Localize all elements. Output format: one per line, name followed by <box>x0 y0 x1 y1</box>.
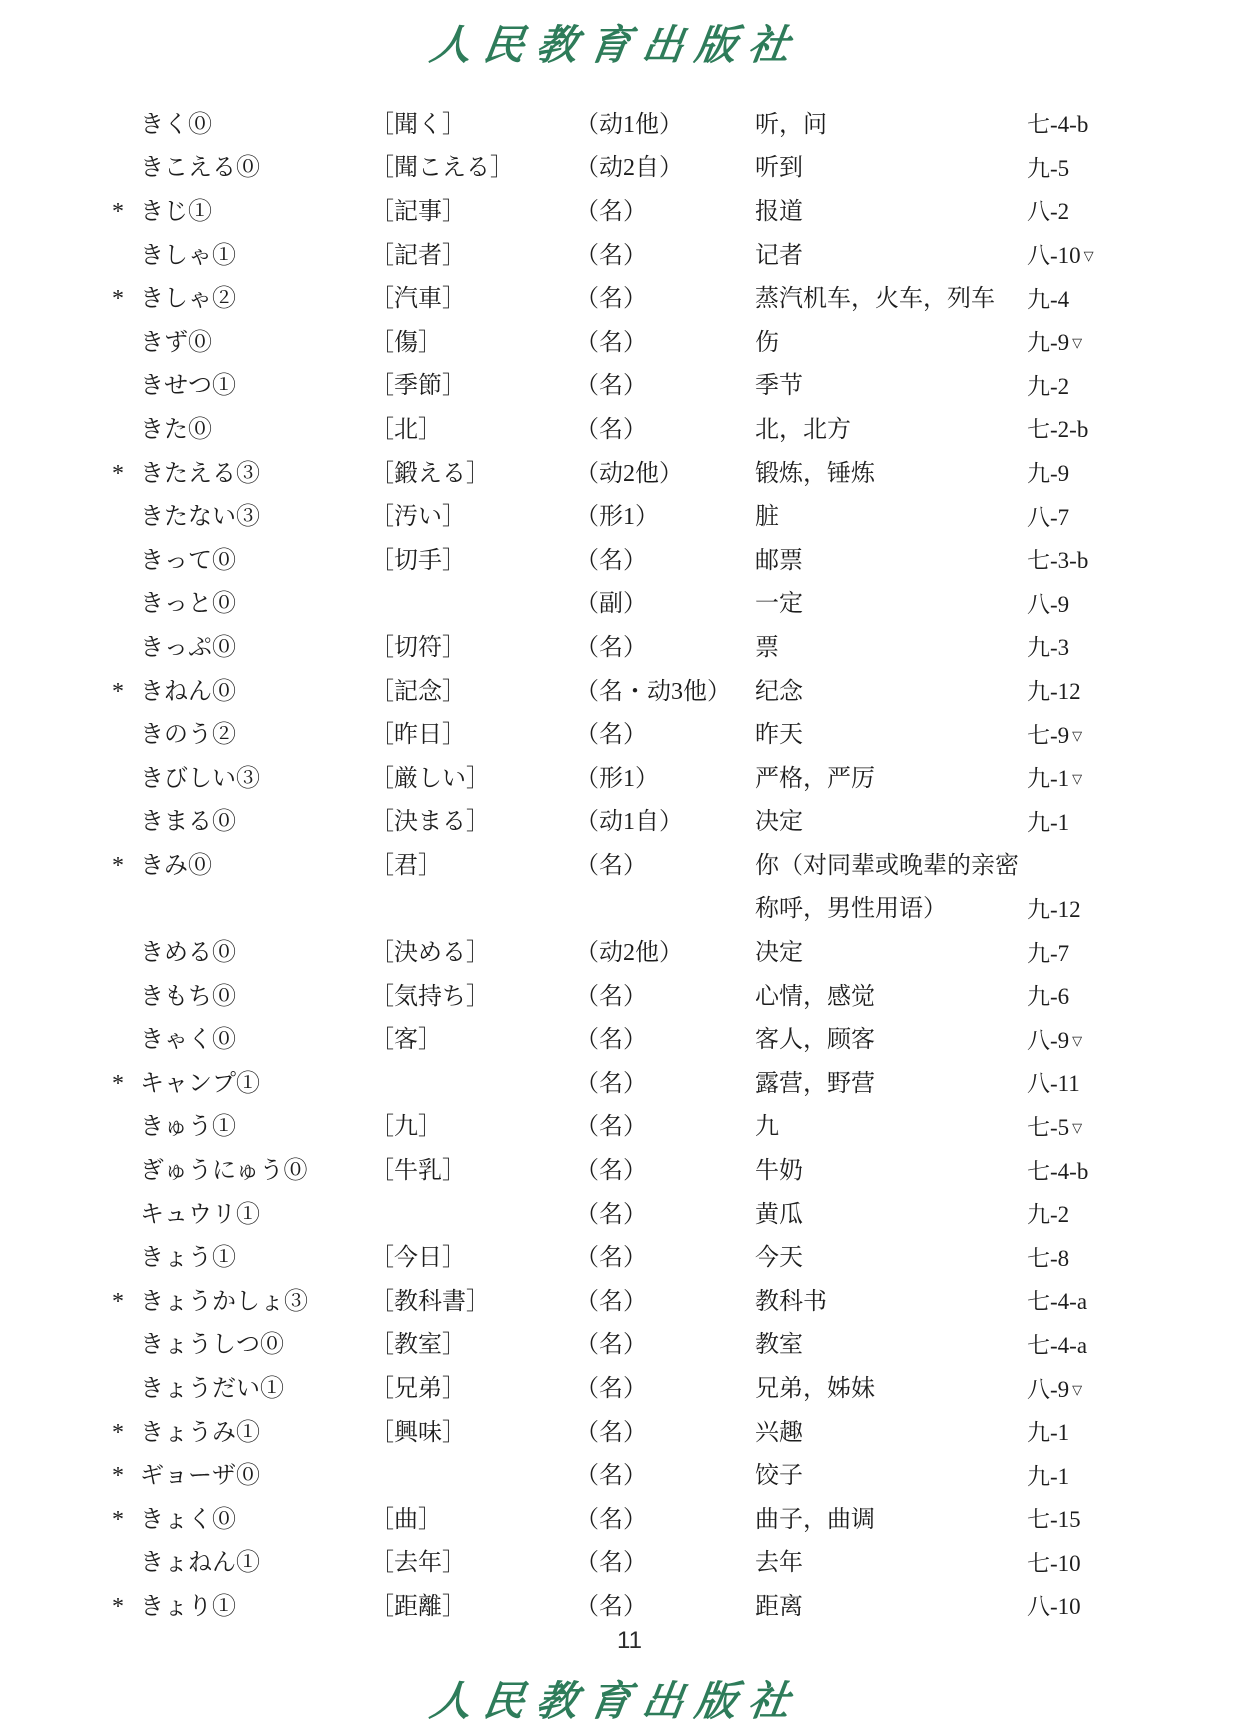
vocab-row: きょうだい① ［兄弟］ （名） 兄弟，姊妹 八-9▽ <box>112 1367 1147 1411</box>
kanji-notation: ［気持ち］ <box>370 985 575 1009</box>
kanji-notation: ［教室］ <box>370 1333 575 1357</box>
kana-word: きょうみ① <box>140 1421 370 1445</box>
vocab-row: * きじ① ［記事］ （名） 报道 八-2 <box>112 190 1147 234</box>
chinese-meaning: 锻炼，锤炼 <box>755 462 1027 486</box>
chinese-meaning: 教科书 <box>755 1290 1027 1314</box>
vocab-row: きたない③ ［汚い］ （形1） 脏 八-7 <box>112 495 1147 539</box>
part-of-speech: （名） <box>575 200 755 224</box>
vocab-row: きめる⓪ ［決める］ （动2他） 决定 九-7 <box>112 931 1147 975</box>
vocab-row: きびしい③ ［厳しい］ （形1） 严格，严厉 九-1▽ <box>112 757 1147 801</box>
vocab-row: きた⓪ ［北］ （名） 北，北方 七-2-b <box>112 408 1147 452</box>
vocab-row: * きみ⓪ ［君］ （名） 你（对同辈或晚辈的亲密 <box>112 844 1147 888</box>
kanji-notation: ［切手］ <box>370 549 575 573</box>
chinese-meaning: 蒸汽机车，火车，列车 <box>755 287 1027 311</box>
lesson-reference-text: 七-5 <box>1027 1115 1069 1140</box>
vocab-row: きゃく⓪ ［客］ （名） 客人，顾客 八-9▽ <box>112 1018 1147 1062</box>
chinese-meaning: 决定 <box>755 810 1027 834</box>
star-marker: * <box>112 1290 140 1314</box>
chinese-meaning: 决定 <box>755 941 1027 965</box>
kana-word: きしゃ① <box>140 244 370 268</box>
part-of-speech: （动2自） <box>575 156 755 180</box>
vocab-row: * きねん⓪ ［記念］ （名・动3他） 纪念 九-12 <box>112 670 1147 714</box>
lesson-reference: 九-12 <box>1027 898 1147 921</box>
part-of-speech: （形1） <box>575 505 755 529</box>
part-of-speech: （名） <box>575 1159 755 1183</box>
kanji-notation: ［今日］ <box>370 1246 575 1270</box>
vocab-row: * きょり① ［距離］ （名） 距离 八-10 <box>112 1585 1147 1629</box>
kana-word: きのう② <box>140 723 370 747</box>
kanji-notation: ［昨日］ <box>370 723 575 747</box>
chinese-meaning: 九 <box>755 1115 1027 1139</box>
part-of-speech: （形1） <box>575 767 755 791</box>
star-marker: * <box>112 200 140 224</box>
part-of-speech: （名） <box>575 1508 755 1532</box>
kana-word: ぎゅうにゅう⓪ <box>140 1159 370 1183</box>
part-of-speech: （名） <box>575 1115 755 1139</box>
lesson-reference: 九-9 <box>1027 462 1147 485</box>
vocab-row: きのう② ［昨日］ （名） 昨天 七-9▽ <box>112 713 1147 757</box>
kanji-notation: ［傷］ <box>370 331 575 355</box>
lesson-reference: 九-2 <box>1027 1203 1147 1226</box>
chinese-meaning: 记者 <box>755 244 1027 268</box>
vocab-row: * ギョーザ⓪ （名） 饺子 九-1 <box>112 1454 1147 1498</box>
chinese-meaning: 严格，严厉 <box>755 767 1027 791</box>
chinese-meaning: 牛奶 <box>755 1159 1027 1183</box>
kanji-notation: ［記者］ <box>370 244 575 268</box>
vocab-row: きまる⓪ ［決まる］ （动1自） 决定 九-1 <box>112 801 1147 845</box>
page-number: 11 <box>112 1627 1147 1655</box>
chinese-meaning: 一定 <box>755 592 1027 616</box>
vocab-row: きく⓪ ［聞く］ （动1他） 听，问 七-4-b <box>112 103 1147 147</box>
part-of-speech: （名） <box>575 331 755 355</box>
lesson-reference: 九-1 <box>1027 1465 1147 1488</box>
kanji-notation: ［去年］ <box>370 1551 575 1575</box>
lesson-reference: 八-10 <box>1027 1595 1147 1618</box>
lesson-reference: 九-1 <box>1027 811 1147 834</box>
kana-word: きこえる⓪ <box>140 156 370 180</box>
chinese-meaning: 今天 <box>755 1246 1027 1270</box>
kanji-notation: ［汽車］ <box>370 287 575 311</box>
kana-word: キャンプ① <box>140 1072 370 1096</box>
chinese-meaning: 季节 <box>755 374 1027 398</box>
lesson-reference: 七-3-b <box>1027 549 1147 572</box>
vocab-row: 称呼，男性用语） 九-12 <box>112 888 1147 932</box>
lesson-reference-text: 七-9 <box>1027 723 1069 748</box>
kanji-notation: ［聞こえる］ <box>370 156 575 180</box>
chinese-meaning: 露营，野营 <box>755 1072 1027 1096</box>
lesson-reference: 九-1 <box>1027 1421 1147 1444</box>
vocab-row: きず⓪ ［傷］ （名） 伤 九-9▽ <box>112 321 1147 365</box>
kana-word: キュウリ① <box>140 1203 370 1227</box>
part-of-speech: （名） <box>575 636 755 660</box>
vocab-row: きょねん① ［去年］ （名） 去年 七-10 <box>112 1542 1147 1586</box>
kanji-notation: ［牛乳］ <box>370 1159 575 1183</box>
lesson-reference: 九-5 <box>1027 157 1147 180</box>
vocab-row: きっと⓪ （副） 一定 八-9 <box>112 583 1147 627</box>
kanji-notation: ［鍛える］ <box>370 462 575 486</box>
lesson-reference: 九-2 <box>1027 375 1147 398</box>
vocab-row: きもち⓪ ［気持ち］ （名） 心情，感觉 九-6 <box>112 975 1147 1019</box>
vocab-row: きょうしつ⓪ ［教室］ （名） 教室 七-4-a <box>112 1324 1147 1368</box>
kana-word: きじ① <box>140 200 370 224</box>
kanji-notation: ［記事］ <box>370 200 575 224</box>
chinese-meaning: 脏 <box>755 505 1027 529</box>
part-of-speech: （名） <box>575 1290 755 1314</box>
part-of-speech: （动2他） <box>575 941 755 965</box>
part-of-speech: （名） <box>575 1595 755 1619</box>
triangle-marker: ▽ <box>1084 248 1094 263</box>
kanji-notation: ［九］ <box>370 1115 575 1139</box>
part-of-speech: （名） <box>575 1551 755 1575</box>
part-of-speech: （名） <box>575 1072 755 1096</box>
lesson-reference: 八-9▽ <box>1027 1029 1147 1052</box>
part-of-speech: （名） <box>575 985 755 1009</box>
triangle-marker: ▽ <box>1072 1120 1082 1135</box>
lesson-reference: 八-9 <box>1027 593 1147 616</box>
part-of-speech: （名） <box>575 723 755 747</box>
lesson-reference: 九-1▽ <box>1027 767 1147 790</box>
kana-word: ギョーザ⓪ <box>140 1464 370 1488</box>
chinese-meaning: 纪念 <box>755 680 1027 704</box>
kanji-notation: ［君］ <box>370 854 575 878</box>
part-of-speech: （名） <box>575 1028 755 1052</box>
chinese-meaning: 黄瓜 <box>755 1203 1027 1227</box>
lesson-reference: 七-15 <box>1027 1508 1147 1531</box>
chinese-meaning: 称呼，男性用语） <box>755 897 1027 921</box>
chinese-meaning: 票 <box>755 636 1027 660</box>
kana-word: きびしい③ <box>140 767 370 791</box>
chinese-meaning: 你（对同辈或晚辈的亲密 <box>755 854 1027 878</box>
kana-word: きたえる③ <box>140 462 370 486</box>
vocab-row: きゅう① ［九］ （名） 九 七-5▽ <box>112 1106 1147 1150</box>
chinese-meaning: 兴趣 <box>755 1421 1027 1445</box>
star-marker: * <box>112 1595 140 1619</box>
part-of-speech: （名） <box>575 1421 755 1445</box>
chinese-meaning: 曲子，曲调 <box>755 1508 1027 1532</box>
kanji-notation: ［兄弟］ <box>370 1377 575 1401</box>
kana-word: きょうしつ⓪ <box>140 1333 370 1357</box>
chinese-meaning: 昨天 <box>755 723 1027 747</box>
kana-word: きず⓪ <box>140 331 370 355</box>
lesson-reference: 七-10 <box>1027 1552 1147 1575</box>
lesson-reference: 九-12 <box>1027 680 1147 703</box>
lesson-reference: 九-3 <box>1027 636 1147 659</box>
lesson-reference-text: 九-1 <box>1027 766 1069 791</box>
vocab-row: きしゃ① ［記者］ （名） 记者 八-10▽ <box>112 234 1147 278</box>
lesson-reference: 八-7 <box>1027 506 1147 529</box>
kana-word: きゅう① <box>140 1115 370 1139</box>
part-of-speech: （动2他） <box>575 462 755 486</box>
kana-word: きねん⓪ <box>140 680 370 704</box>
part-of-speech: （名） <box>575 1246 755 1270</box>
lesson-reference: 八-10▽ <box>1027 244 1147 267</box>
kanji-notation: ［曲］ <box>370 1508 575 1532</box>
vocab-row: きっぷ⓪ ［切符］ （名） 票 九-3 <box>112 626 1147 670</box>
part-of-speech: （副） <box>575 592 755 616</box>
vocab-row: * キャンプ① （名） 露营，野营 八-11 <box>112 1062 1147 1106</box>
chinese-meaning: 听到 <box>755 156 1027 180</box>
kana-word: きっと⓪ <box>140 592 370 616</box>
vocabulary-list: きく⓪ ［聞く］ （动1他） 听，问 七-4-b きこえる⓪ ［聞こえる］ （动… <box>112 103 1147 1629</box>
vocab-row: きって⓪ ［切手］ （名） 邮票 七-3-b <box>112 539 1147 583</box>
lesson-reference: 八-2 <box>1027 200 1147 223</box>
triangle-marker: ▽ <box>1072 728 1082 743</box>
publisher-logo-header: 人民教育出版社 <box>0 12 1233 71</box>
kanji-notation: ［教科書］ <box>370 1290 575 1314</box>
lesson-reference: 七-4-a <box>1027 1290 1147 1313</box>
lesson-reference-text: 九-9 <box>1027 330 1069 355</box>
lesson-reference-text: 八-9 <box>1027 1028 1069 1053</box>
lesson-reference: 七-4-a <box>1027 1334 1147 1357</box>
lesson-reference: 九-4 <box>1027 288 1147 311</box>
lesson-reference-text: 八-10 <box>1027 243 1081 268</box>
kanji-notation: ［切符］ <box>370 636 575 660</box>
chinese-meaning: 听，问 <box>755 113 1027 137</box>
lesson-reference: 八-11 <box>1027 1072 1147 1095</box>
chinese-meaning: 去年 <box>755 1551 1027 1575</box>
lesson-reference: 九-6 <box>1027 985 1147 1008</box>
kanji-notation: ［季節］ <box>370 374 575 398</box>
chinese-meaning: 教室 <box>755 1333 1027 1357</box>
lesson-reference: 七-2-b <box>1027 418 1147 441</box>
kana-word: きょり① <box>140 1595 370 1619</box>
star-marker: * <box>112 680 140 704</box>
kana-word: きょうかしょ③ <box>140 1290 370 1314</box>
kana-word: きせつ① <box>140 374 370 398</box>
kana-word: きって⓪ <box>140 549 370 573</box>
part-of-speech: （名） <box>575 287 755 311</box>
vocab-row: * きしゃ② ［汽車］ （名） 蒸汽机车，火车，列车 九-4 <box>112 277 1147 321</box>
star-marker: * <box>112 854 140 878</box>
part-of-speech: （名） <box>575 244 755 268</box>
chinese-meaning: 距离 <box>755 1595 1027 1619</box>
kana-word: きょうだい① <box>140 1377 370 1401</box>
star-marker: * <box>112 1421 140 1445</box>
kanji-notation: ［決まる］ <box>370 810 575 834</box>
vocab-row: * きたえる③ ［鍛える］ （动2他） 锻炼，锤炼 九-9 <box>112 452 1147 496</box>
part-of-speech: （名） <box>575 854 755 878</box>
vocab-row: きょう① ［今日］ （名） 今天 七-8 <box>112 1236 1147 1280</box>
kana-word: きっぷ⓪ <box>140 636 370 660</box>
part-of-speech: （名） <box>575 1464 755 1488</box>
chinese-meaning: 北，北方 <box>755 418 1027 442</box>
vocab-row: * きょうみ① ［興味］ （名） 兴趣 九-1 <box>112 1411 1147 1455</box>
triangle-marker: ▽ <box>1072 1033 1082 1048</box>
lesson-reference: 七-4-b <box>1027 1160 1147 1183</box>
kana-word: きた⓪ <box>140 418 370 442</box>
part-of-speech: （名） <box>575 549 755 573</box>
lesson-reference: 七-5▽ <box>1027 1116 1147 1139</box>
vocab-row: きせつ① ［季節］ （名） 季节 九-2 <box>112 365 1147 409</box>
lesson-reference-text: 八-9 <box>1027 1377 1069 1402</box>
chinese-meaning: 伤 <box>755 331 1027 355</box>
chinese-meaning: 饺子 <box>755 1464 1027 1488</box>
textbook-page: 人民教育出版社 きく⓪ ［聞く］ （动1他） 听，问 七-4-b きこえる⓪ ［… <box>0 0 1233 1736</box>
kanji-notation: ［厳しい］ <box>370 767 575 791</box>
publisher-logo-footer: 人民教育出版社 <box>0 1668 1233 1727</box>
kanji-notation: ［聞く］ <box>370 113 575 137</box>
kanji-notation: ［北］ <box>370 418 575 442</box>
kana-word: きもち⓪ <box>140 985 370 1009</box>
vocab-row: キュウリ① （名） 黄瓜 九-2 <box>112 1193 1147 1237</box>
triangle-marker: ▽ <box>1072 1382 1082 1397</box>
part-of-speech: （名・动3他） <box>575 680 755 704</box>
kana-word: きみ⓪ <box>140 854 370 878</box>
kana-word: きょねん① <box>140 1551 370 1575</box>
kana-word: きょう① <box>140 1246 370 1270</box>
star-marker: * <box>112 1072 140 1096</box>
chinese-meaning: 客人，顾客 <box>755 1028 1027 1052</box>
star-marker: * <box>112 1508 140 1532</box>
part-of-speech: （名） <box>575 1203 755 1227</box>
lesson-reference: 九-9▽ <box>1027 331 1147 354</box>
kanji-notation: ［興味］ <box>370 1421 575 1445</box>
kana-word: きめる⓪ <box>140 941 370 965</box>
triangle-marker: ▽ <box>1072 335 1082 350</box>
lesson-reference: 七-8 <box>1027 1247 1147 1270</box>
kanji-notation: ［客］ <box>370 1028 575 1052</box>
star-marker: * <box>112 462 140 486</box>
kanji-notation: ［距離］ <box>370 1595 575 1619</box>
part-of-speech: （名） <box>575 418 755 442</box>
vocab-row: ぎゅうにゅう⓪ ［牛乳］ （名） 牛奶 七-4-b <box>112 1149 1147 1193</box>
chinese-meaning: 报道 <box>755 200 1027 224</box>
lesson-reference: 七-9▽ <box>1027 724 1147 747</box>
part-of-speech: （名） <box>575 1377 755 1401</box>
part-of-speech: （动1自） <box>575 810 755 834</box>
chinese-meaning: 兄弟，姊妹 <box>755 1377 1027 1401</box>
vocab-row: * きょく⓪ ［曲］ （名） 曲子，曲调 七-15 <box>112 1498 1147 1542</box>
part-of-speech: （名） <box>575 374 755 398</box>
kana-word: きたない③ <box>140 505 370 529</box>
vocab-row: * きょうかしょ③ ［教科書］ （名） 教科书 七-4-a <box>112 1280 1147 1324</box>
kana-word: きまる⓪ <box>140 810 370 834</box>
kanji-notation: ［記念］ <box>370 680 575 704</box>
kanji-notation: ［汚い］ <box>370 505 575 529</box>
lesson-reference: 八-9▽ <box>1027 1378 1147 1401</box>
kana-word: きょく⓪ <box>140 1508 370 1532</box>
chinese-meaning: 邮票 <box>755 549 1027 573</box>
star-marker: * <box>112 1464 140 1488</box>
vocab-row: きこえる⓪ ［聞こえる］ （动2自） 听到 九-5 <box>112 147 1147 191</box>
lesson-reference: 七-4-b <box>1027 113 1147 136</box>
kana-word: きゃく⓪ <box>140 1028 370 1052</box>
star-marker: * <box>112 287 140 311</box>
kanji-notation: ［決める］ <box>370 941 575 965</box>
triangle-marker: ▽ <box>1072 771 1082 786</box>
kana-word: きく⓪ <box>140 113 370 137</box>
part-of-speech: （动1他） <box>575 113 755 137</box>
chinese-meaning: 心情，感觉 <box>755 985 1027 1009</box>
lesson-reference: 九-7 <box>1027 942 1147 965</box>
part-of-speech: （名） <box>575 1333 755 1357</box>
kana-word: きしゃ② <box>140 287 370 311</box>
